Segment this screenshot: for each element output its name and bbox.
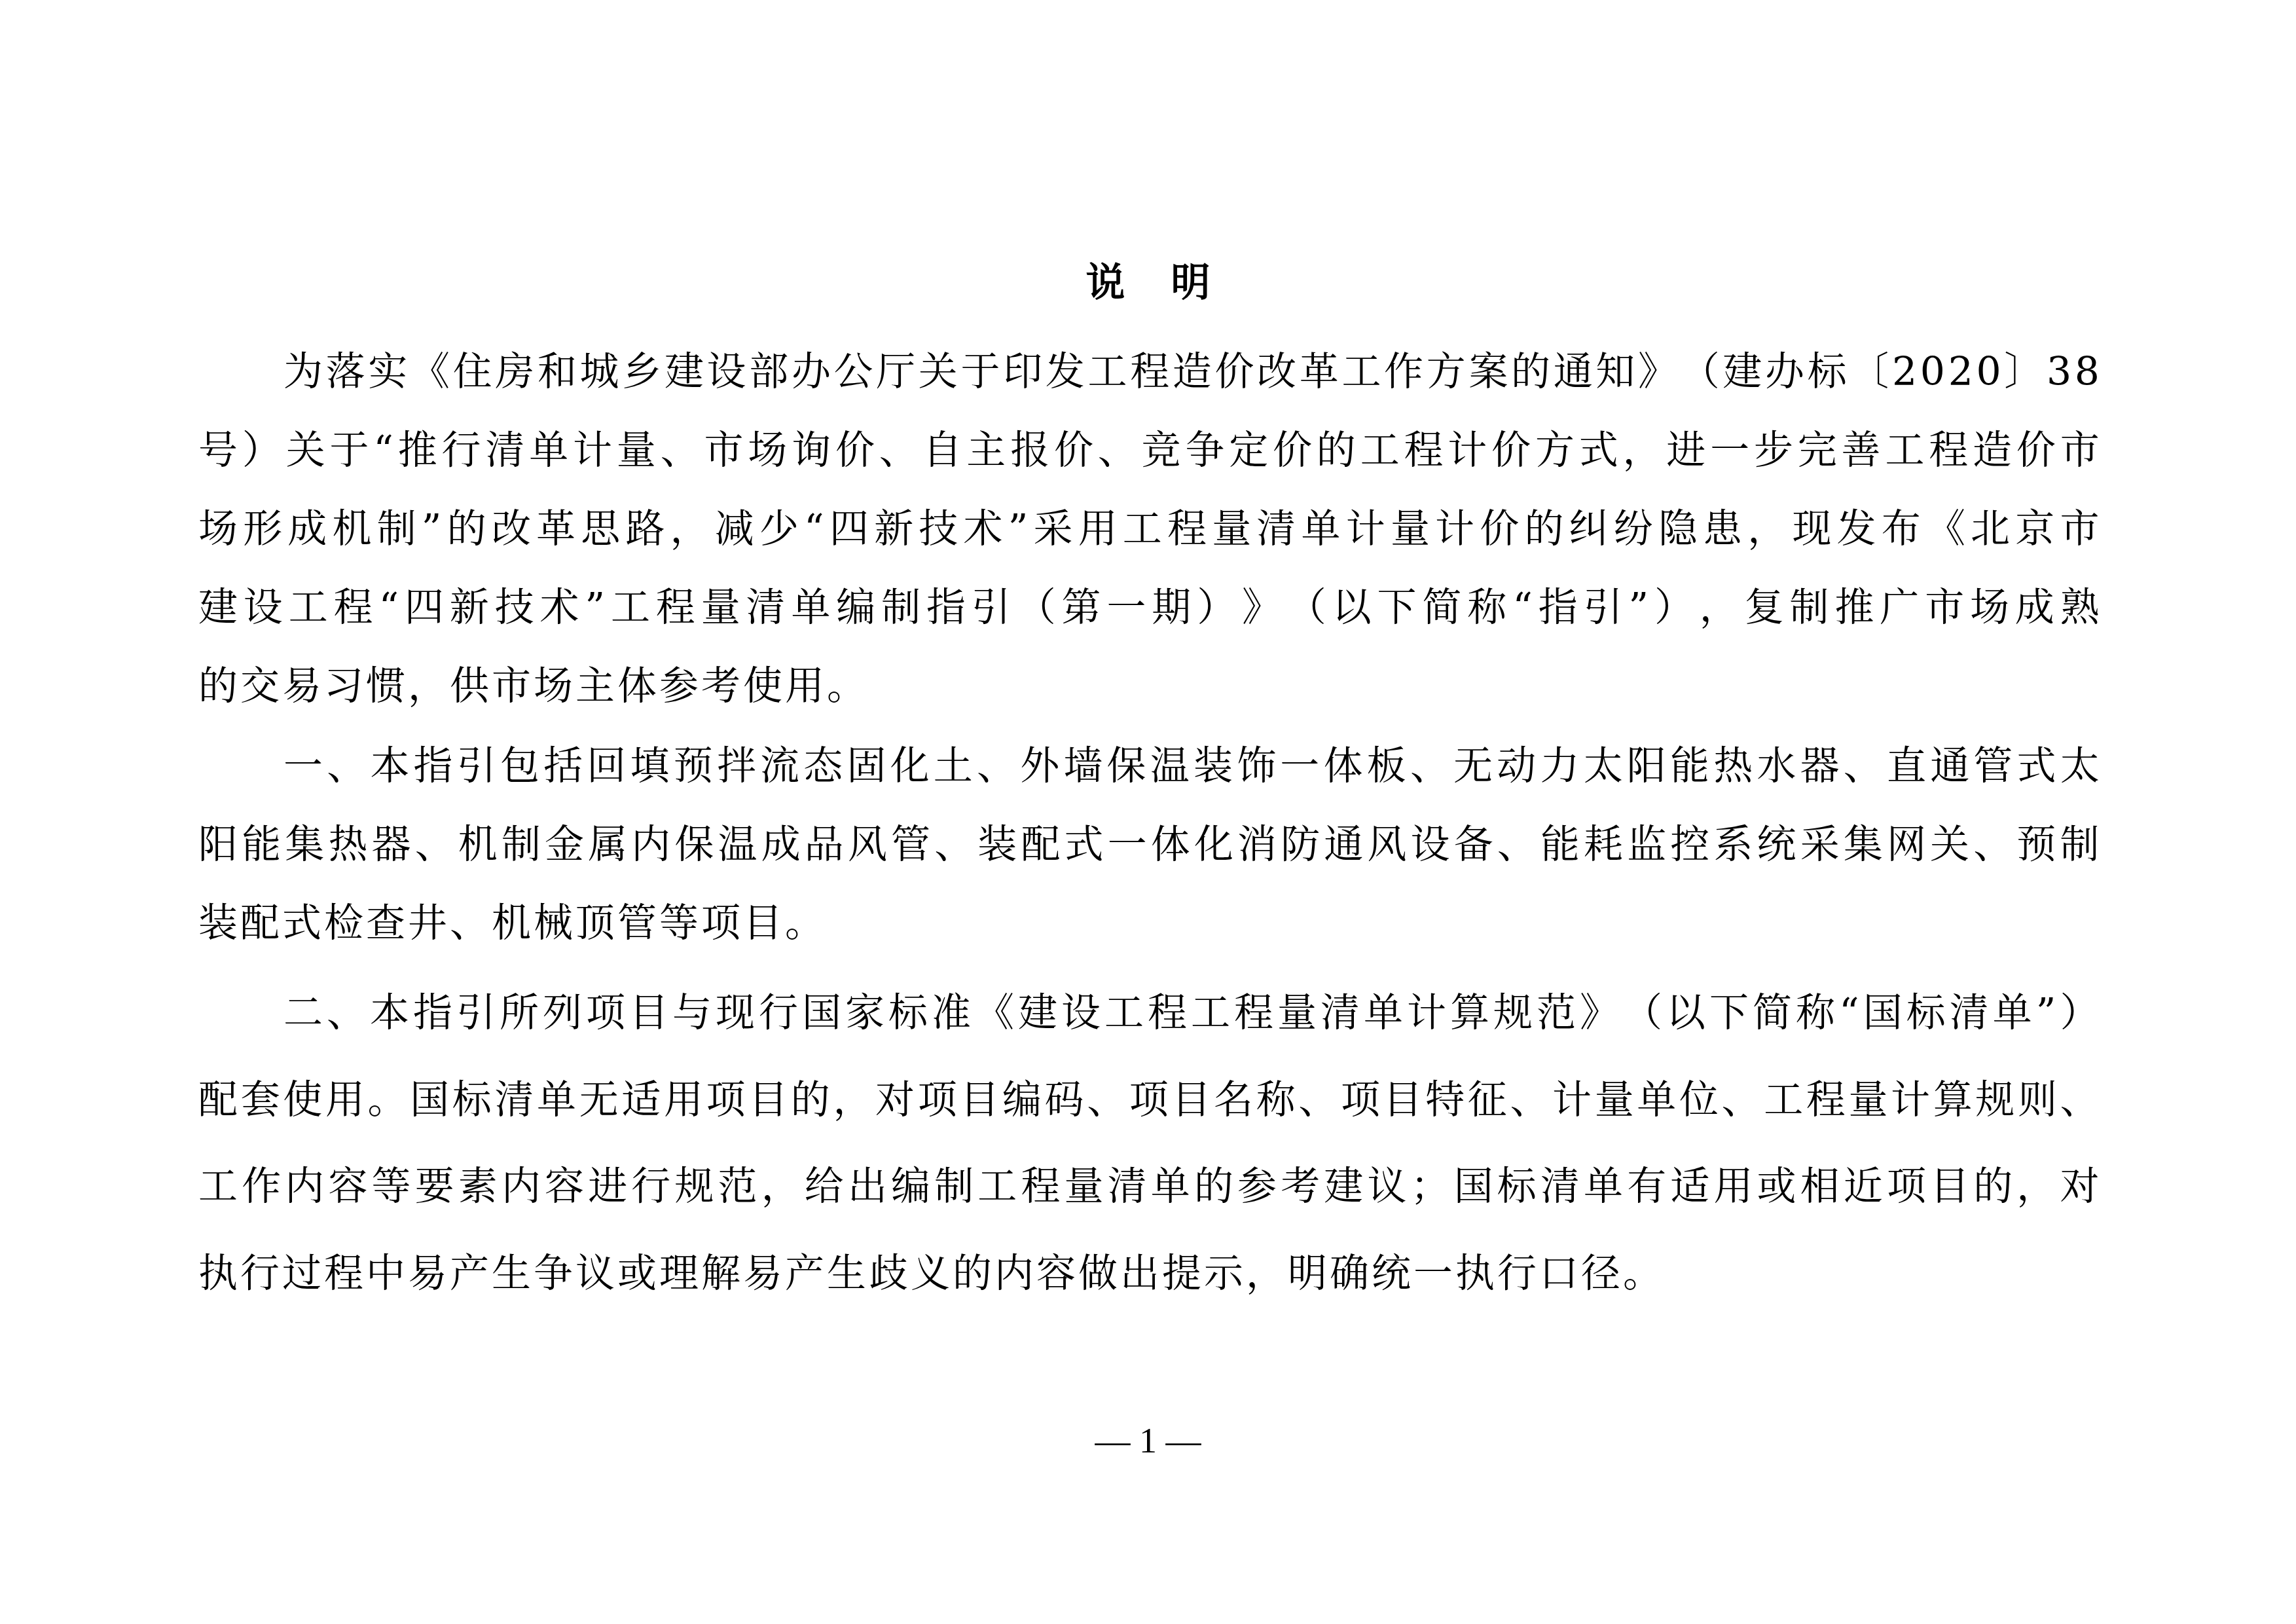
paragraph-intro-line-3: 场形成机制”的改革思路，减少“四新技术”采用工程量清单计量计价的纠纷隐患，现发布…	[198, 503, 2100, 555]
paragraph-item-one-line-3: 装配式检查井、机械顶管等项目。	[198, 897, 2100, 950]
paragraph-item-two-line-1: 二、本指引所列项目与现行国家标准《建设工程工程量清单计算规范》（以下简称“国标清…	[283, 987, 2100, 1039]
page-title: 说明	[0, 257, 2296, 309]
paragraph-intro-line-2: 号）关于“推行清单计量、市场询价、自主报价、竞争定价的工程计价方式，进一步完善工…	[198, 424, 2100, 477]
paragraph-item-two-line-4: 执行过程中易产生争议或理解易产生歧义的内容做出提示，明确统一执行口径。	[198, 1247, 2100, 1300]
paragraph-item-two-line-2: 配套使用。国标清单无适用项目的，对项目编码、项目名称、项目特征、计量单位、工程量…	[198, 1074, 2100, 1126]
paragraph-item-two-line-3: 工作内容等要素内容进行规范，给出编制工程量清单的参考建议；国标清单有适用或相近项…	[198, 1160, 2100, 1213]
paragraph-item-one-line-1: 一、本指引包括回填预拌流态固化土、外墙保温装饰一体板、无动力太阳能热水器、直通管…	[283, 740, 2100, 792]
document-page: 说明 为落实《住房和城乡建设部办公厅关于印发工程造价改革工作方案的通知》（建办标…	[0, 0, 2296, 1624]
page-number: — 1 —	[0, 1414, 2296, 1467]
paragraph-intro-line-1: 为落实《住房和城乡建设部办公厅关于印发工程造价改革工作方案的通知》（建办标〔20…	[283, 346, 2100, 398]
paragraph-intro-line-4: 建设工程“四新技术”工程量清单编制指引（第一期）》（以下简称“指引”），复制推广…	[198, 581, 2100, 634]
paragraph-intro-line-5: 的交易习惯，供市场主体参考使用。	[198, 660, 2100, 712]
paragraph-item-one-line-2: 阳能集热器、机制金属内保温成品风管、装配式一体化消防通风设备、能耗监控系统采集网…	[198, 819, 2100, 871]
